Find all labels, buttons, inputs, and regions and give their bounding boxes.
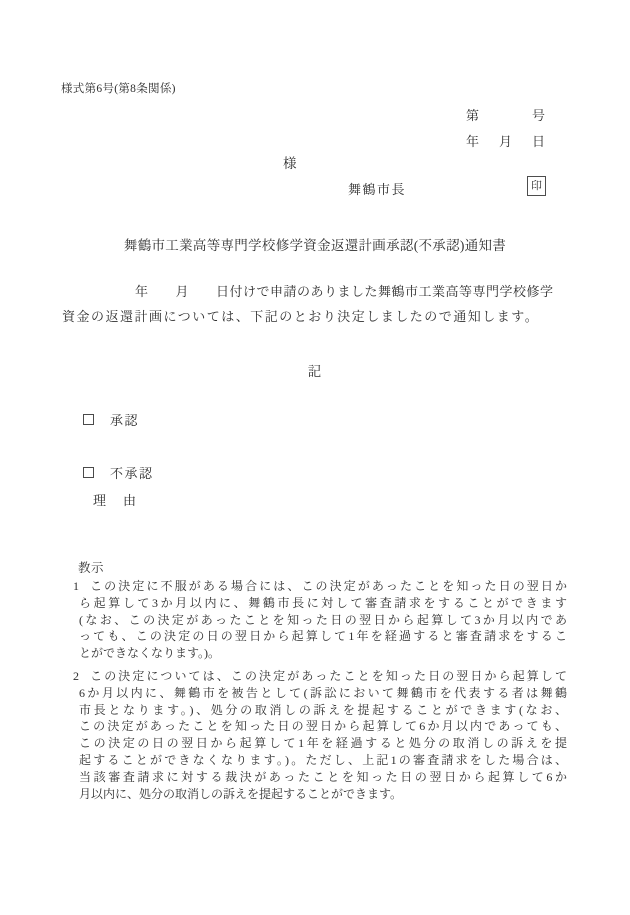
body-line-2: 資金の返還計画については、下記のとおり決定しましたので通知します。	[62, 304, 567, 329]
date-line: 年 月 日	[466, 131, 545, 150]
advice-line: 起することができなくなります。)。ただし、上記1の審査請求をした場合は、	[73, 752, 567, 769]
option-disapproval: 不承認	[83, 465, 154, 480]
advice-item-1: 1この決定に不服がある場合には、この決定があったことを知った日の翌日か ら起算し…	[73, 578, 567, 662]
page-title: 舞鶴市工業高等専門学校修学資金返還計画承認(不承認)通知書	[0, 234, 630, 254]
advice-list: 1この決定に不服がある場合には、この決定があったことを知った日の翌日か ら起算し…	[73, 578, 567, 802]
approval-checkbox[interactable]	[83, 414, 94, 425]
advice-line: 月以内に、処分の取消しの訴えを提起することができます。	[73, 786, 567, 803]
advice-line: 1この決定に不服がある場合には、この決定があったことを知った日の翌日か	[73, 578, 567, 595]
record-heading: 記	[0, 360, 630, 380]
advice-line: (なお、この決定があったことを知った日の翌日から起算して3か月以内であ	[73, 612, 567, 629]
advice-line: 当該審査請求に対する裁決があったことを知った日の翌日から起算して6か	[73, 769, 567, 786]
advice-line: とができなくなります。)。	[73, 645, 567, 662]
document-number-suffix: 号	[532, 105, 545, 124]
advice-line: 2この決定については、この決定があったことを知った日の翌日から起算して	[73, 668, 567, 685]
advice-line: 6か月以内に、舞鶴市を被告として(訴訟において舞鶴市を代表する者は舞鶴	[73, 685, 567, 702]
disapproval-checkbox[interactable]	[83, 467, 94, 478]
seal-stamp-box: 印	[527, 176, 546, 196]
advice-item-2: 2この決定については、この決定があったことを知った日の翌日から起算して 6か月以…	[73, 668, 567, 802]
advice-heading: 教示	[78, 558, 104, 576]
body-line-1: 年 月 日付けで申請のありました舞鶴市工業高等専門学校修学	[62, 279, 567, 304]
advice-item-number: 2	[73, 668, 88, 685]
document-number-prefix: 第	[466, 105, 479, 124]
notice-document-page: 様式第6号(第8条関係) 第 号 年 月 日 様 舞鶴市長 印 舞鶴市工業高等専…	[0, 0, 630, 915]
date-year-label: 年	[466, 131, 479, 150]
advice-line: この決定の日の翌日から起算して1年を経過すると処分の取消しの訴えを提	[73, 735, 567, 752]
sender-title: 舞鶴市長	[348, 179, 406, 198]
reason-label: 理 由	[93, 490, 138, 509]
date-day-label: 日	[532, 131, 545, 150]
advice-line: っても、この決定の日の翌日から起算して1年を経過すると審査請求をするこ	[73, 628, 567, 645]
date-month-label: 月	[499, 131, 512, 150]
advice-line: 市長となります。)、処分の取消しの訴えを提起することができます(なお、	[73, 702, 567, 719]
advice-item-number: 1	[73, 578, 88, 595]
addressee-honorific: 様	[283, 152, 297, 172]
advice-line: ら起算して3か月以内に、舞鶴市長に対して審査請求をすることができます	[73, 595, 567, 612]
body-paragraph: 年 月 日付けで申請のありました舞鶴市工業高等専門学校修学 資金の返還計画につい…	[62, 279, 567, 329]
advice-line: この決定があったことを知った日の翌日から起算して6か月以内であっても、	[73, 718, 567, 735]
disapproval-label: 不承認	[110, 463, 154, 482]
form-number: 様式第6号(第8条関係)	[61, 80, 176, 96]
document-number-line: 第 号	[466, 105, 545, 124]
approval-label: 承認	[110, 410, 139, 429]
option-approval: 承認	[83, 412, 139, 427]
